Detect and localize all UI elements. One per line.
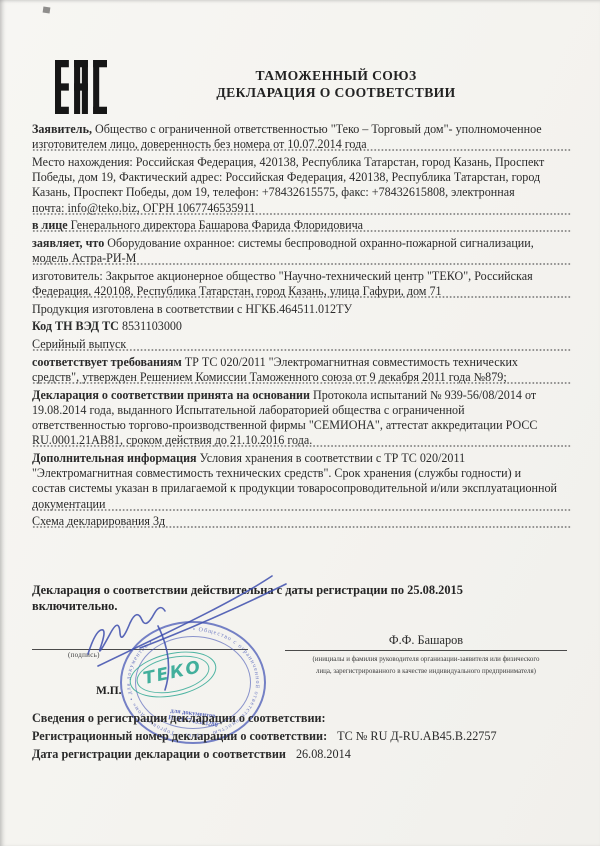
document-line: Дополнительная информация Условия хранен… (32, 451, 572, 466)
document-line: ответственностью торгово-производственно… (32, 418, 572, 433)
document-line: Серийный выпуск (32, 337, 572, 352)
document-line: почта: info@teko.biz, ОГРН 1067746535911 (32, 201, 572, 216)
field-text: Федерация, 420108, Республика Татарстан,… (32, 284, 442, 298)
stamp-logo-oval-inner (133, 650, 213, 700)
field-text: Оборудование охранное: системы беспровод… (107, 236, 533, 250)
document-line: "Электромагнитная совместимость техничес… (32, 466, 572, 481)
field-text: ТР ТС 020/2011 "Электромагнитная совмест… (185, 355, 518, 369)
field-text: Условия хранения в соответствии с ТР ТС … (200, 451, 466, 465)
name-caption-line1: (инициалы и фамилия руководителя организ… (313, 656, 540, 663)
field-text: документации (32, 497, 106, 511)
stamp-logo-oval-outer (125, 644, 220, 704)
field-text: модель Астра-РИ-М (32, 251, 136, 265)
signature-caption: (подпись) (68, 651, 100, 659)
document-body: Заявитель, Общество с ограниченной ответ… (32, 122, 572, 530)
registration-number-label: Регистрационный номер декларации о соотв… (32, 729, 327, 743)
registration-date-row: Дата регистрации декларации о соответств… (32, 745, 572, 763)
document-paragraph: Заявитель, Общество с ограниченной ответ… (32, 122, 572, 153)
document-line: в лице Генерального директора Башарова Ф… (32, 218, 572, 233)
field-text: состав системы указан в прилагаемой к пр… (32, 481, 557, 495)
document-line: Схема декларирования 3д (32, 514, 572, 529)
name-caption-line2: лица, зарегистрированного в качестве инд… (316, 668, 536, 675)
document-line: Код ТН ВЭД ТС 8531103000 (32, 319, 572, 334)
field-text: "Электромагнитная совместимость техничес… (32, 466, 521, 480)
registration-number-row: Регистрационный номер декларации о соотв… (32, 727, 572, 745)
field-text: Генерального директора Башарова Фарида Ф… (71, 218, 363, 232)
field-text: средств", утвержден Решением Комиссии Та… (32, 370, 507, 384)
document-line: Продукция изготовлена в соответствии с Н… (32, 302, 572, 317)
field-label: Заявитель, (32, 122, 95, 136)
field-text: Протокола испытаний № 939-56/08/2014 от (313, 388, 536, 402)
document-line: модель Астра-РИ-М (32, 251, 572, 266)
document-title: ТАМОЖЕННЫЙ СОЮЗ ДЕКЛАРАЦИЯ О СООТВЕТСТВИ… (72, 68, 600, 101)
document-paragraph: Продукция изготовлена в соответствии с Н… (32, 302, 572, 317)
field-text: Место нахождения: Российская Федерация, … (32, 155, 544, 169)
head-name: Ф.Ф. Башаров (285, 633, 567, 648)
name-underline (285, 650, 567, 651)
stamp-logo-text: ТЕКО (128, 654, 218, 692)
field-label: заявляет, что (32, 236, 107, 250)
document-line: Место нахождения: Российская Федерация, … (32, 155, 572, 170)
document-line: RU.0001.21АВ81, сроком действия до 21.10… (32, 433, 572, 448)
field-text: изготовителем лицо, доверенность без ном… (32, 137, 367, 151)
field-text: 8531103000 (122, 319, 182, 333)
field-label: Дополнительная информация (32, 451, 200, 465)
registration-date-label: Дата регистрации декларации о соответств… (32, 747, 286, 761)
document-paragraph: Схема декларирования 3д (32, 514, 572, 529)
field-text: Казань, Проспект Победы, дом 19, телефон… (32, 185, 515, 199)
document-line: документации (32, 497, 572, 512)
field-text: RU.0001.21АВ81, сроком действия до 21.10… (32, 433, 312, 447)
field-text: Серийный выпуск (32, 337, 126, 351)
registration-section: Сведения о регистрации декларации о соот… (32, 709, 572, 764)
document-line: 19.08.2014 года, выданного Испытательной… (32, 403, 572, 418)
field-text: изготовитель: Закрытое акционерное общес… (32, 269, 533, 283)
document-line: Декларация о соответствии принята на осн… (32, 388, 572, 403)
field-text: 19.08.2014 года, выданного Испытательной… (32, 403, 465, 417)
document-line: средств", утвержден Решением Комиссии Та… (32, 370, 572, 385)
document-paragraph: Декларация о соответствии принята на осн… (32, 388, 572, 449)
document-line: Федерация, 420108, Республика Татарстан,… (32, 284, 572, 299)
document-title-line2: ДЕКЛАРАЦИЯ О СООТВЕТСТВИИ (72, 85, 600, 102)
document-paragraph: изготовитель: Закрытое акционерное общес… (32, 269, 572, 300)
document-paragraph: Место нахождения: Российская Федерация, … (32, 155, 572, 216)
field-text: почта: info@teko.biz, ОГРН 1067746535911 (32, 201, 255, 215)
declaration-document: ЕАС ТАМОЖЕННЫЙ СОЮЗ ДЕКЛАРАЦИЯ О СООТВЕТ… (0, 0, 600, 846)
document-line: состав системы указан в прилагаемой к пр… (32, 481, 572, 496)
document-paragraph: заявляет, что Оборудование охранное: сис… (32, 236, 572, 267)
document-line: заявляет, что Оборудование охранное: сис… (32, 236, 572, 251)
document-paragraph: Дополнительная информация Условия хранен… (32, 451, 572, 512)
field-text: Победы, дом 19, Фактический адрес: Росси… (32, 170, 540, 184)
field-label: соответствует требованиям (32, 355, 185, 369)
field-text: Схема декларирования 3д (32, 514, 165, 528)
stamp-center-logo: ТЕКО (125, 644, 220, 704)
document-line: Победы, дом 19, Фактический адрес: Росси… (32, 170, 572, 185)
field-text: ответственностью торгово-производственно… (32, 418, 537, 432)
field-label: Код ТН ВЭД ТС (32, 319, 122, 333)
document-line: Казань, Проспект Победы, дом 19, телефон… (32, 185, 572, 200)
field-text: Продукция изготовлена в соответствии с Н… (32, 302, 352, 316)
document-line: Заявитель, Общество с ограниченной ответ… (32, 122, 572, 137)
field-label: в лице (32, 218, 71, 232)
validity-line2: включительно. (32, 598, 572, 614)
field-label: Декларация о соответствии принята на осн… (32, 388, 313, 402)
document-paragraph: соответствует требованиям ТР ТС 020/2011… (32, 355, 572, 386)
validity-line1: Декларация о соответствии действительна … (32, 582, 572, 598)
document-paragraph: Код ТН ВЭД ТС 8531103000 (32, 319, 572, 334)
document-line: изготовителем лицо, доверенность без ном… (32, 137, 572, 152)
document-paragraph: в лице Генерального директора Башарова Ф… (32, 218, 572, 233)
stamp-place-label: М.П. (96, 685, 122, 697)
registration-date-value: 26.08.2014 (296, 747, 351, 761)
document-title-line1: ТАМОЖЕННЫЙ СОЮЗ (72, 68, 600, 85)
name-caption: (инициалы и фамилия руководителя организ… (278, 654, 574, 677)
scan-artifact (43, 7, 51, 14)
registration-heading: Сведения о регистрации декларации о соот… (32, 709, 572, 727)
signature-line (32, 649, 248, 650)
validity-statement: Декларация о соответствии действительна … (32, 582, 572, 614)
field-text: Общество с ограниченной ответственностью… (95, 122, 542, 136)
document-line: соответствует требованиям ТР ТС 020/2011… (32, 355, 572, 370)
document-line: изготовитель: Закрытое акционерное общес… (32, 269, 572, 284)
registration-number-value: ТС № RU Д-RU.АВ45.В.22757 (337, 729, 496, 743)
document-paragraph: Серийный выпуск (32, 337, 572, 352)
